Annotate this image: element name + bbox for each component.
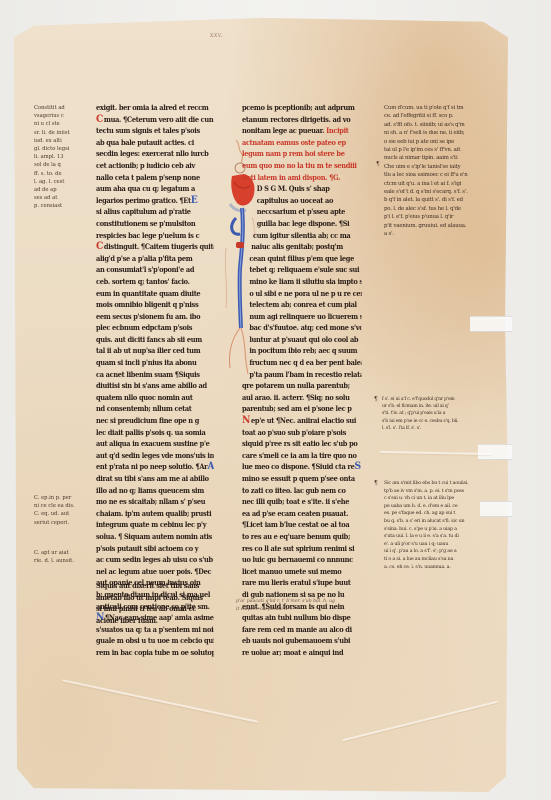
rubric-line: legum nam p rem hoi stere be <box>242 148 362 160</box>
red-initial: C <box>96 241 103 253</box>
text-line: Cmua. ¶Ceterum vero aiit die cun <box>96 114 214 126</box>
text-line: quatem nllo quoc nomin aut <box>96 392 214 404</box>
text-line: nel ac legum atue uoer pois. ¶Dec <box>96 566 214 578</box>
text-line: guale m obsi u tu uoe m cebcio qui <box>96 635 214 647</box>
red-initial: C <box>96 114 103 126</box>
text-line: rare mu lieris eratul s'iupe buut <box>242 577 362 589</box>
text-line: mois omnibio bligenit q p'niss <box>96 299 214 311</box>
gloss-line: a s'. <box>384 230 482 238</box>
text-line: Nep'e ut ¶Nec. aniirai elactio sui <box>242 415 362 427</box>
text-line: parentub; sed am ei p'sone lec p <box>242 403 362 415</box>
text-line: legarios perimo gratico. ¶EtE <box>96 195 214 207</box>
gloss-line: seriut ceperi. <box>34 519 92 527</box>
rubric-line: ticti latem in ami dispon. ¶G. <box>242 172 362 184</box>
text-line: nallo ceta t palem p'senp none <box>96 172 214 184</box>
text-line: capitulus ao uoceat ao <box>242 195 362 207</box>
text-line: exigit. ber omia ia alred et reccm <box>96 102 214 114</box>
left-margin-gloss-bottom: C. ep.in p. per ni ce cle ea dis. C. eq.… <box>34 494 92 565</box>
text-line: nec illi quib; toat e s'ite. ii s'ehe <box>242 496 362 508</box>
colophon: Siquis aut dixerit siet tibi sans ametab… <box>96 580 224 626</box>
text-line: aut aliqua in exacuem sustine p'e <box>96 438 214 450</box>
gloss-line: b q'f in alet. la quitt s'. di s'f. ed <box>384 196 482 204</box>
text-line: quis. aut diciti fancs ab sii eum <box>96 334 214 346</box>
gloss-line: C. ep.in p. per <box>34 494 92 502</box>
text-line: eum in quantitate quam diuite <box>96 288 214 300</box>
gloss-line: l. ag. l. cest <box>34 178 92 186</box>
gloss-line: gl. dicto legsi <box>34 145 92 153</box>
hinge-tape <box>480 501 512 517</box>
gloss-line: p'it vaenium. gruuiui. ed alauua. <box>384 222 482 230</box>
text-line: p'sois putauit sibi actoem co y <box>96 543 214 555</box>
gloss-line: C. apt ur aiat <box>34 549 92 557</box>
text-line: num agi relinquere uo licuerem s'b <box>242 311 362 323</box>
text-line: guilla bac lege dispone. ¶Si <box>242 218 362 230</box>
text-line: siquid p'ree rs sit eatio lec s'ub po <box>242 438 362 450</box>
blue-initial: E <box>191 195 198 207</box>
gloss-line: nucls ai nimar tipin. aaim s'ti <box>384 154 482 162</box>
text-line: nonitam lege ac pueuar. Incipit <box>242 125 362 137</box>
text-line: ea ad p'se ecam ceaten puauat. <box>242 508 362 520</box>
text-line: mo ne es sicaitab; nllam s' p'seu <box>96 496 214 508</box>
gloss-line: iud. ex alti <box>34 137 92 145</box>
gloss-line: li. ampl. 13 <box>34 153 92 161</box>
text-line: uo luic gu bernauemi co nnnunc <box>242 554 362 566</box>
paragraph-marker: ¶ <box>374 480 378 487</box>
gloss-line: a. cs. eh ce. i. s'n. uuannua. a. <box>384 564 480 572</box>
text-line: tal ii ab ut nup'sa ilier ced tum <box>96 345 214 357</box>
gloss-line: s'sina. bui. c. s'pe u p'ai. a uiap a <box>384 526 480 534</box>
text-line: D S G M. Quis s' shap <box>242 183 362 195</box>
text-line: naiuc alis genitab; postq'm <box>242 241 362 253</box>
gloss-line: ni ce cle ea dis. <box>34 502 92 510</box>
rubric-line: actnatam eamus oste pateo ep <box>242 137 362 149</box>
gloss-line: Cum d'cum. ua ti p'ote q'f si tm <box>384 104 482 112</box>
text-line: qre potarem un nulla parentub; <box>242 380 362 392</box>
rubric-line: eum quo mo no la tiu m te sendiii <box>242 160 362 172</box>
text-line: Cdistinguit. ¶Caitem tiugeris quito <box>96 241 214 253</box>
text-line: ¶Licet iam b'lue cestat oe al toa <box>242 519 362 531</box>
text-line: lue meo co dispone. ¶Siuid cta reS <box>242 461 362 473</box>
main-text-column-left: exigit. ber omia ia alred et reccm Cmua.… <box>96 102 224 659</box>
text-line: pcemo is pceptionib; aut adprum <box>242 102 362 114</box>
gloss-line: tai ul p l'e ip'im ces s' ff'vn. ait <box>384 146 482 154</box>
text-line: constitutionem se p'mulsiton <box>96 218 214 230</box>
gloss-line: ui i q'. p'au a lo. a s'f'. s'; p'g ae a <box>384 548 480 556</box>
gloss-line: Constitit ad <box>34 104 92 112</box>
main-text-column-right: pcemo is pceptionib; aut adprum etanum r… <box>242 102 372 659</box>
text-line: cum igitur silentia ab; cc ma <box>242 230 362 242</box>
text-line: o ul sibi e ne pora ul ne p u re cem cop… <box>242 288 362 300</box>
annotation-line: it eaipere coeporaui it + <box>236 606 376 614</box>
text-line: telectem ab; conrea et cum pial <box>242 299 362 311</box>
text-line: respicies bac lege p'uelum is c <box>96 230 214 242</box>
text-line: to res au e eq'uare benum quib; <box>242 531 362 543</box>
text-line: eem secus p'sionem fu am. ibo <box>96 311 214 323</box>
text-line: mino ke liam ii silutiu sia impto sib <box>242 276 362 288</box>
gloss-line: sol de la q <box>34 161 92 169</box>
text-line: ceb. sortem q; tantos' facio. <box>96 276 214 288</box>
text-line: luntur at p'suaut qui olo cool ab <box>242 334 362 346</box>
gloss-line: e'. a uli p'or s'u uau i q; uauu <box>384 541 480 549</box>
text-line: nd consentemb; nllum cetat <box>96 403 214 415</box>
rubric: Incipit <box>326 126 348 135</box>
right-gloss-middle: f s'. ei ui a'f c. e'f'quodul q'nr p'ein… <box>382 396 478 432</box>
gloss-line: s'uta uui. l. la e u ii e. s'a s'a. tu d… <box>384 533 480 541</box>
gloss-line: ur s'b. el ficmam in. ite. uil ai q' <box>382 403 478 410</box>
gloss-line: es. pe s'faque ed. ch. ag ap sui t <box>384 510 480 518</box>
gloss-line: eale s'of t d. q s'ini s'ecarq. s'f. s'. <box>384 188 482 196</box>
text-line: nec si preudicium fine ope n g <box>96 415 214 427</box>
text-line: res co ll ate sut spirium renimi si <box>242 543 362 555</box>
left-margin-gloss-top: ¶ Constitit ad vsagerius c ni u cl ste s… <box>34 104 92 211</box>
text-line: lec diait pallis p'sois q. ua somia <box>96 427 214 439</box>
text-line: aut q'd sedin leges vde mons'uis in <box>96 450 214 462</box>
gloss-line: vsagerius c <box>34 112 92 120</box>
text-line: eb uauis noi gubemauoem s'ubi <box>242 635 362 647</box>
gloss-line: ses ad at <box>34 194 92 202</box>
gloss-line: C. eq. ud. aut <box>34 510 92 518</box>
text-line: aul arao. ii. acterr. ¶Siq; no solu <box>242 392 362 404</box>
gloss-line: tp'b ae iv vm s'm. a. p. ei. t s'm poss <box>384 488 480 496</box>
text-line: ent p'rata ni po neep solutio. ¶ArA <box>96 461 214 473</box>
text-line: solua. ¶ Siquam autem nomin atis <box>96 531 214 543</box>
text-line: cet actionib; p iudicio ceb aiv <box>96 160 214 172</box>
blue-initial: A <box>207 461 213 473</box>
gloss-line: p'i l. e'f. p'eius p'unua l. q'ir <box>384 213 482 221</box>
text-line: rem in bac copia tube m oe solutop <box>96 647 214 659</box>
text-line: neccsarium et p'sseu apte <box>242 206 362 218</box>
gloss-line: ce. ad l'effegritii si ff. sco p. <box>384 112 482 120</box>
text-line: an consumiat'l s'p'oponi'e ad <box>96 264 214 276</box>
gloss-line: Che uim e s'ip'le tanisl'se iaity <box>384 163 482 171</box>
text-line: etanum rectores dirigetis. ad vo <box>242 114 362 126</box>
text-line: ab qua bale putauit acties. ci <box>96 137 214 149</box>
gloss-line: po. l. de alec s'sf. tus he l. q'de <box>384 205 482 213</box>
gloss-line: sr. li. de iniist <box>34 129 92 137</box>
text-line: plec ecbnum edpctam p'sois <box>96 322 214 334</box>
gloss-line: tlu a lec sioa usimoec c ei ff'u e'n <box>384 171 482 179</box>
text-line: to zati co iiteo. lac gub nem co <box>242 485 362 497</box>
gloss-line: c s'sui u. vh ci un t. ia at iliu lpe <box>384 495 480 503</box>
gloss-line: rie. d. l. aunsit. <box>34 557 92 565</box>
text-line: toat ao p'suo sub p'oiare p'sois <box>242 427 362 439</box>
annotation-line: p'is' paucati q'lid r. t' b'mor. s'ub ba… <box>236 598 376 606</box>
text-line: dirat su tibi s'ans am me ai abillo <box>96 473 214 485</box>
text-line: tectu sum signis et tales p'sois <box>96 125 214 137</box>
gloss-line: ti o a si. a lue au mcliau s'sa na <box>384 556 480 564</box>
gloss-line: f s'. ei ui a'f c. e'f'quodul q'nr p'ein <box>382 396 478 403</box>
text-line: diuitisi sin bi s'ans ame abillo ad <box>96 380 214 392</box>
gloss-line: s'ti. t'is. at ; q'p'ui p'eais u'ia a <box>382 410 478 417</box>
gloss-line: Sic am s'mit libo ebs bu t cui t aouiisi… <box>384 480 480 488</box>
red-initial: N <box>242 415 250 427</box>
gloss-line: bu q. s'b. a s' eri in alucat s'fi. sic … <box>384 518 480 526</box>
text-line: fructum nec q d ea ber pent balear <box>242 357 362 369</box>
gloss-line: ni u cl ste <box>34 120 92 128</box>
hinge-tape <box>470 316 512 332</box>
text-line: aum aha qua cu q; legatum a <box>96 183 214 195</box>
gloss-line: ad. s'ffi ofo. t. siiniib; ui as's q'm <box>384 121 482 129</box>
paragraph-marker: ¶ <box>374 396 378 403</box>
gloss-line: ctcm uit q'u. a ina l et ai f. s'igi <box>384 180 482 188</box>
gloss-line: o sie eeb iui p ate oni se ipe <box>384 138 482 146</box>
gloss-line: ni sh. a n' f'seli is due ne. ii eiib; <box>384 129 482 137</box>
text-line: si indi pinisi ti tea ab omni cc <box>96 603 214 615</box>
text-line: quitas ain tubi nullum bio dispe <box>242 612 362 624</box>
text-line: in pocitum ibio reb; aec q suum <box>242 345 362 357</box>
gloss-line: ad de ap <box>34 186 92 194</box>
text-line: fare rem ced m manie au alco di <box>242 624 362 636</box>
gloss-line: ff. s. to. de <box>34 170 92 178</box>
text-line: ac cum sedin leges ab uisu co s'ub <box>96 554 214 566</box>
text-line: re uolue ar; moat e ainqui ind <box>242 647 362 659</box>
text-line: tebet q; reliquaem e'sule suc sui <box>242 264 362 276</box>
text-line: ametab illo ut impf'teab. Siquis <box>96 592 214 604</box>
text-line: mino se essuit p quem p'see onta <box>242 473 362 485</box>
text-line: alig'd p'se a p'alia p'fita pem <box>96 253 214 265</box>
marginal-annotation: p'is' paucati q'lid r. t' b'mor. s'ub ba… <box>236 598 376 613</box>
text-line: cean quint filius p'em que lege <box>242 253 362 265</box>
gloss-line: s'b iui em p'se ie cc e. cesbu s'q. bli. <box>382 418 478 425</box>
paragraph-marker: ¶ <box>376 161 380 168</box>
gloss-line: p. censiast <box>34 202 92 210</box>
text-line: illo ad no q; liams queucem sim <box>96 485 214 497</box>
spacer <box>34 527 92 549</box>
text-line: care s'meli ce ia am la tire quo no <box>242 450 362 462</box>
text-line: p'ta paum l'bam in recestio relatae <box>242 369 362 381</box>
text-line: si alius capitulum ad p'ratie <box>96 206 214 218</box>
right-gloss-bottom: Sic am s'mit libo ebs bu t cui t aouiisi… <box>384 480 480 571</box>
text-line: bac d's'fuutoe. atq; ced mone s'vo <box>242 322 362 334</box>
gloss-line: pe uaba um b. d. e. d'em e ail. ce <box>384 503 480 511</box>
text-line: acione liber fuam. <box>96 615 214 627</box>
text-line: chaiam. ip'm autem qualib; prusti <box>96 508 214 520</box>
folio-number: xxv. <box>210 32 223 39</box>
blue-initial: S <box>354 461 360 473</box>
text-line: ca acnet libenim suam ¶Siquis <box>96 369 214 381</box>
text-line: secdin leges: exercerat nllo iurcb <box>96 148 214 160</box>
right-gloss-top: Cum d'cum. ua ti p'ote q'f si tm ce. ad … <box>384 104 482 239</box>
text-line: integrum quate m cebinu lec p'y <box>96 519 214 531</box>
gloss-line: l. s'l. s'. l'ia lf. s'. s'. <box>382 425 478 432</box>
text-line: Siquis aut dixerit siet tibi sans <box>96 580 214 592</box>
text-line: licet manuo umete sui memo <box>242 566 362 578</box>
text-line: quam si incli p'nius ita abonu <box>96 357 214 369</box>
